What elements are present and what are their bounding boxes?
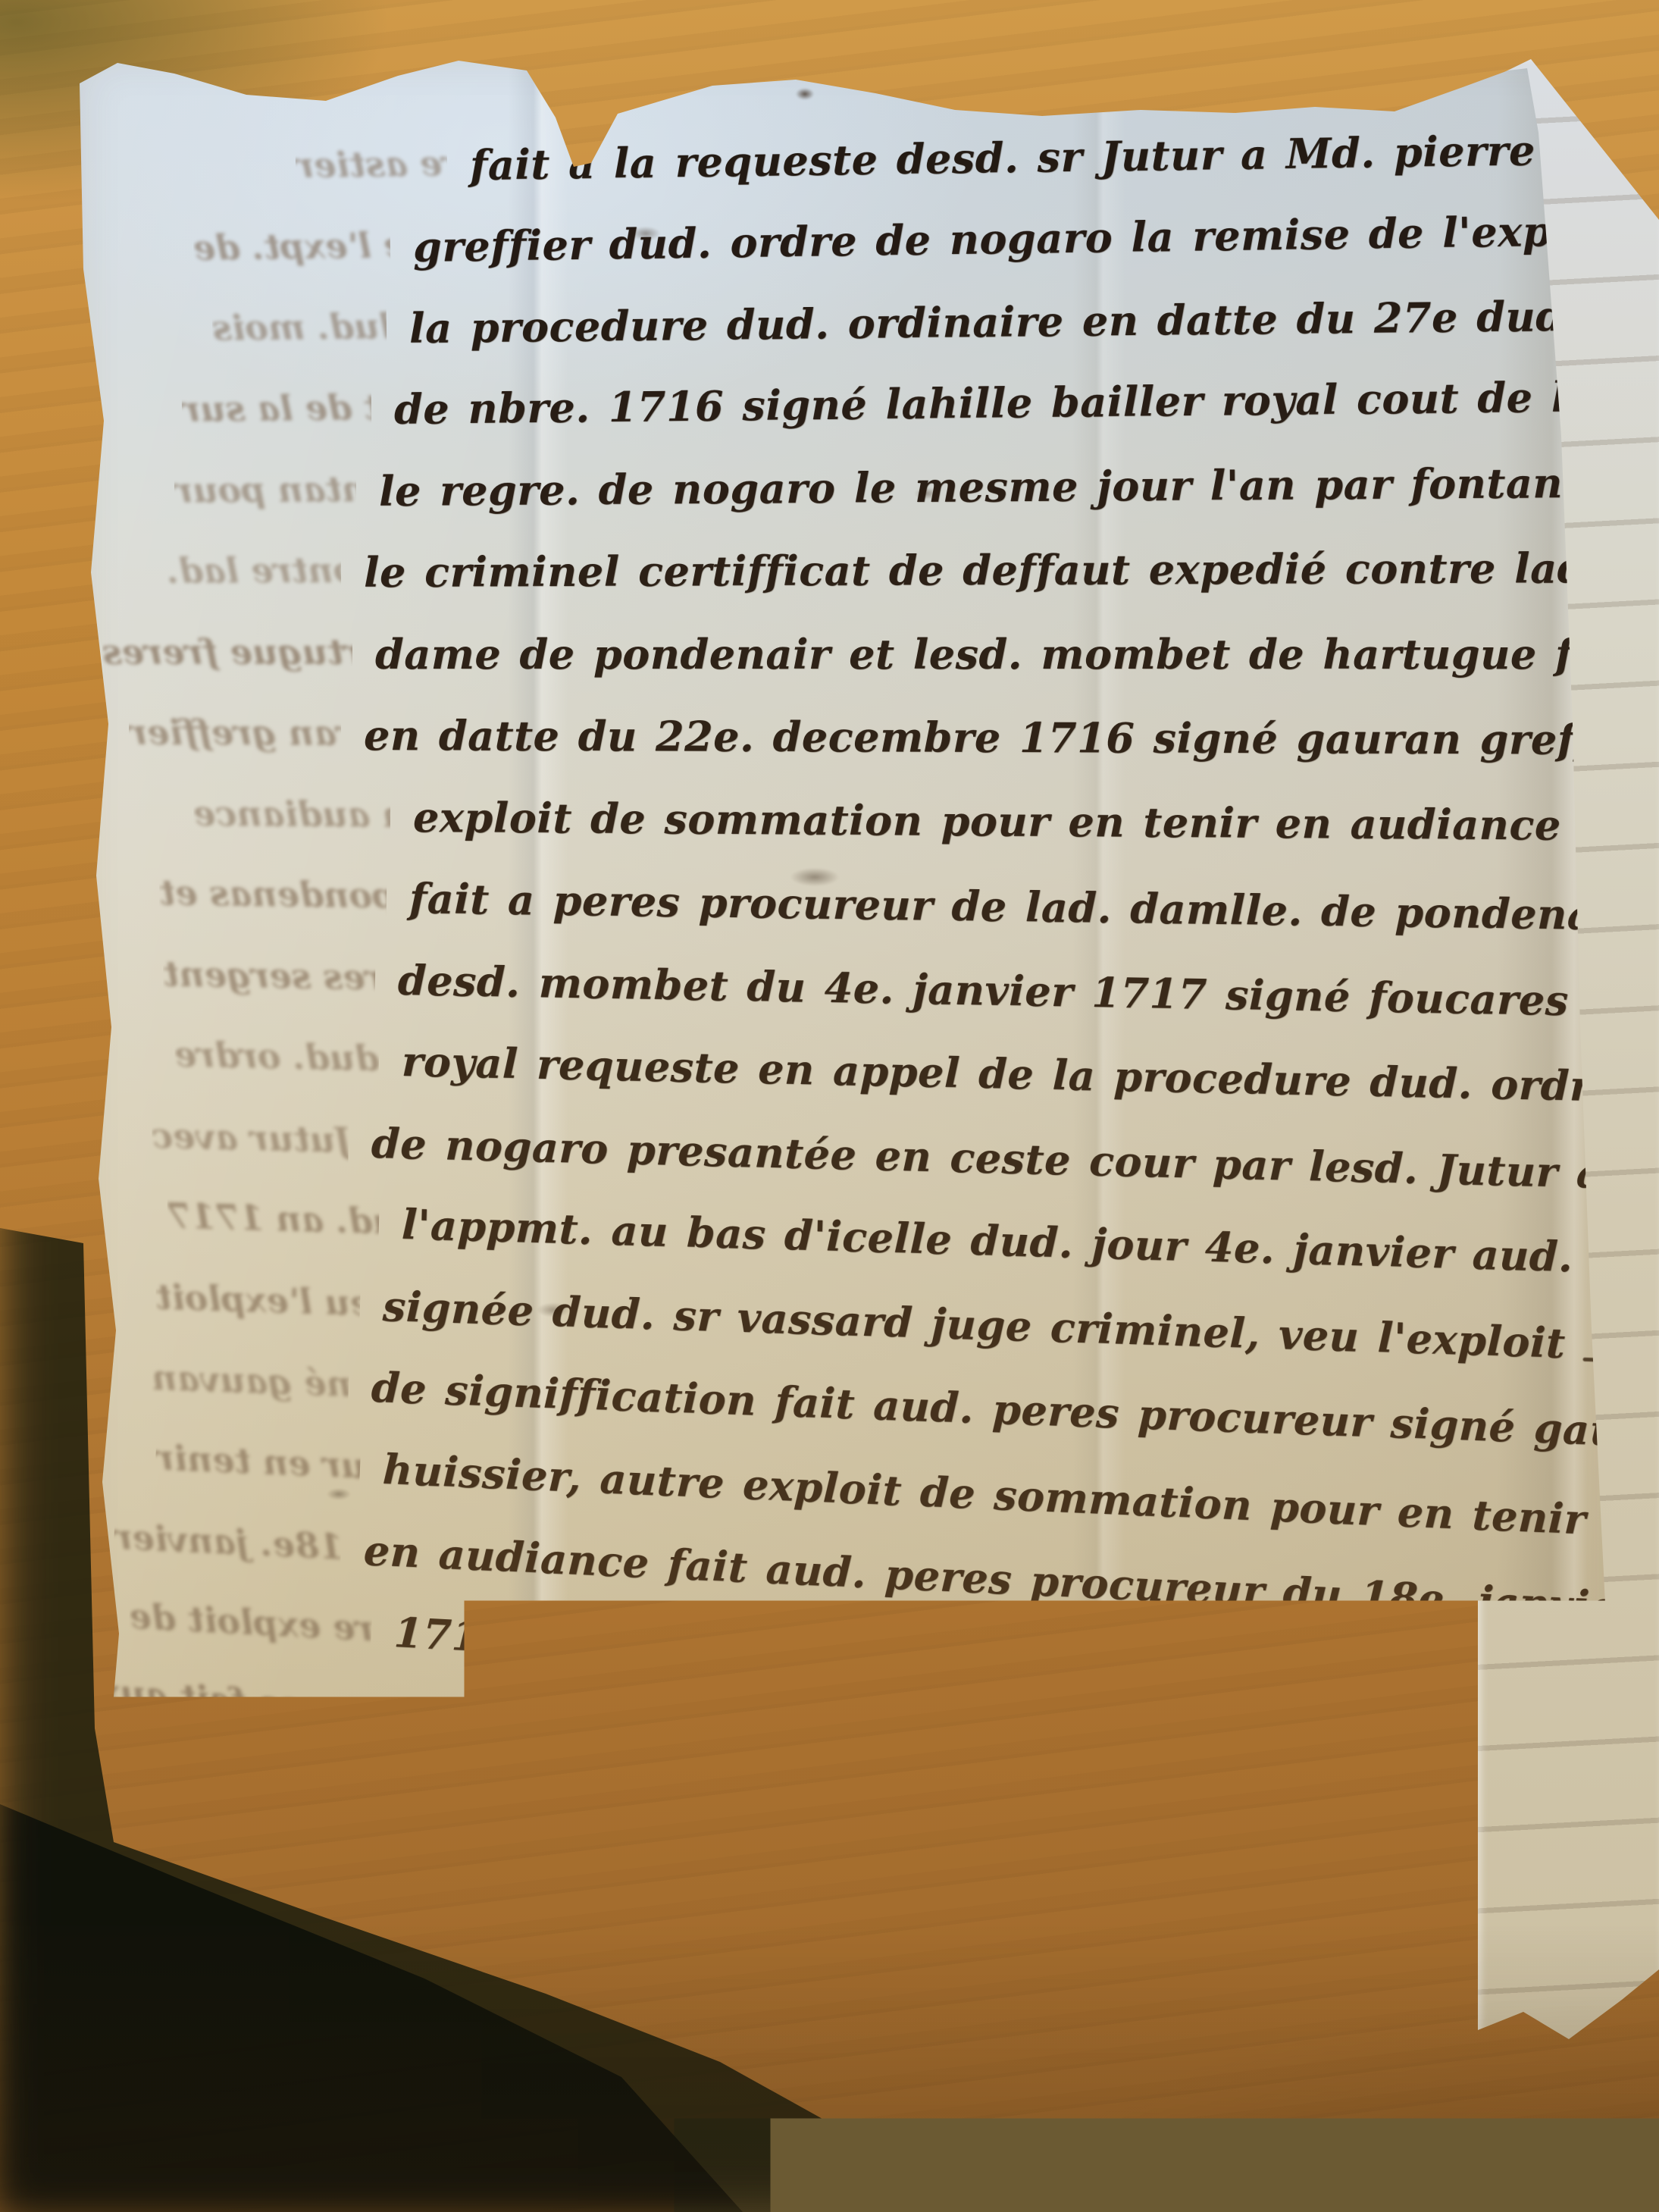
manuscript-line-text: dame de pondenair et lesd. mombet de har… [375, 622, 1659, 687]
manuscript-line-text: royal requeste en appel de la procedure … [401, 1029, 1619, 1120]
verso-ink-bleedthrough: signée dud. sr vassard juge criminel, ve… [155, 1265, 362, 1335]
manuscript-line-text: le criminel certifficat de deffaut exped… [364, 535, 1601, 605]
line-filler-stroke [1481, 1809, 1599, 1821]
verso-ink-bleedthrough: sommation pour en tenir en audiance fait… [97, 1659, 351, 1741]
manuscript-line-text: greffier dud. ordre de nogaro la remise … [412, 197, 1659, 280]
verso-ink-bleedthrough: le criminel certifficat de deffaut exped… [167, 538, 341, 603]
ink-spot [1050, 1702, 1092, 1732]
verso-ink-bleedthrough: la procedure dud. ordinaire en datte du … [212, 294, 387, 359]
verso-ink-bleedthrough: l'appmt. au bas d'icelle dud. jour 4e. j… [166, 1183, 380, 1253]
manuscript-line: de nogaro presantée en ceste cour par le… [371, 1111, 1548, 1205]
manuscript-line-text: fait a la requeste desd. sr Jutur a Md. … [469, 116, 1659, 198]
manuscript-line-text: le regre. de nogaro le mesme jour l'an p… [379, 450, 1659, 524]
manuscript-line-text: en datte du 22e. decembre 1716 signé gau… [364, 703, 1657, 772]
manuscript-line: fait a peres procureur de lad. damlle. d… [408, 866, 1535, 947]
ink-spot [792, 86, 818, 102]
manuscript-line: l'appmt. au bas d'icelle dud. jour 4e. j… [401, 1192, 1553, 1289]
verso-ink-bleedthrough: dame de pondenair et lesd. mombet de har… [102, 620, 352, 684]
manuscript-line: exploit de sommation pour en tenir en au… [413, 785, 1532, 857]
manuscript-line: royal requeste en appel de la procedure … [401, 1029, 1542, 1117]
verso-ink-bleedthrough: greffier dud. ordre de nogaro la remise … [193, 213, 390, 280]
manuscript-line-text: de nbre. 1716 signé lahille bailler roya… [394, 363, 1659, 442]
manuscript-page: fait a la requeste desd. sr Jutur a Md. … [64, 42, 1637, 2104]
verso-ink-bleedthrough: exploit de sommation pour en tenir en au… [193, 782, 391, 847]
line-filler-stroke [1008, 1972, 1208, 1982]
ink-spot [322, 1486, 355, 1502]
manuscript-line: signée dud. sr vassard juge criminel, ve… [382, 1274, 1558, 1376]
manuscript-line: le regre. de nogaro le mesme jour l'an p… [379, 450, 1523, 524]
manuscript-line-text: la procedure dud. ordinaire en datte du … [409, 282, 1659, 361]
manuscript-line-text: fait a peres procureur de lad. damlle. d… [408, 866, 1659, 948]
photo-scene: fait a la requeste desd. sr Jutur a Md. … [0, 0, 1659, 2212]
ink-spot [750, 1899, 773, 1913]
marginal-note-text: par la marque comme premier mouta [360, 1927, 997, 1982]
verso-ink-bleedthrough: royal requeste en appel de la procedure … [174, 1023, 380, 1091]
manuscript-line: de nbre. 1716 signé lahille bailler roya… [394, 365, 1518, 442]
marginal-note: par la marque comme premier mouta [360, 1927, 1210, 1989]
verso-ink-bleedthrough: en audiance fait aud. peres procureur du… [113, 1505, 343, 1579]
verso-ink-bleedthrough: en datte du 22e. decembre 1716 signé gau… [129, 700, 341, 765]
manuscript-line: la procedure dud. ordinaire en datte du … [409, 284, 1517, 361]
verso-ink-bleedthrough: 1717 signé laserre huissier, autre explo… [127, 1584, 373, 1661]
manuscript-line: le criminel certifficat de deffaut exped… [364, 536, 1523, 605]
manuscript-line: fait a la requeste desd. sr Jutur a Md. … [469, 118, 1508, 198]
verso-ink-bleedthrough: fait a la requeste desd. sr Jutur a Md. … [295, 131, 447, 197]
manuscript-line: greffier dud. ordre de nogaro la remise … [412, 199, 1512, 280]
verso-ink-bleedthrough: fait a peres procureur de lad. damlle. d… [158, 860, 387, 927]
verso-ink-bleedthrough: de nbre. 1716 signé lahille bailler roya… [182, 375, 372, 441]
verso-ink-bleedthrough: de signiffication fait aud. peres procur… [151, 1346, 350, 1416]
verso-ink-bleedthrough: huissier, autre exploit de sommation pou… [155, 1425, 362, 1497]
verso-ink-bleedthrough: le regre. de nogaro le mesme jour l'an p… [174, 457, 357, 522]
verso-ink-bleedthrough: de nogaro presantée en ceste cour par le… [151, 1104, 349, 1172]
line-filler-stroke [1462, 1702, 1589, 1712]
manuscript-line: dame de pondenair et lesd. mombet de har… [375, 622, 1525, 687]
manuscript-line: en datte du 22e. decembre 1716 signé gau… [364, 703, 1527, 772]
manuscript-line-text: exploit de sommation pour en tenir en au… [413, 785, 1561, 858]
manuscript-line-text: desd. mombet du 4e. janvier 1717 signé f… [397, 948, 1659, 1036]
manuscript-line-text: de nogaro presantée en ceste cour par le… [371, 1111, 1659, 1208]
verso-ink-bleedthrough: desd. mombet du 4e. janvier 1717 signé f… [162, 942, 375, 1010]
manuscript-line: desd. mombet du 4e. janvier 1717 signé f… [397, 948, 1538, 1032]
